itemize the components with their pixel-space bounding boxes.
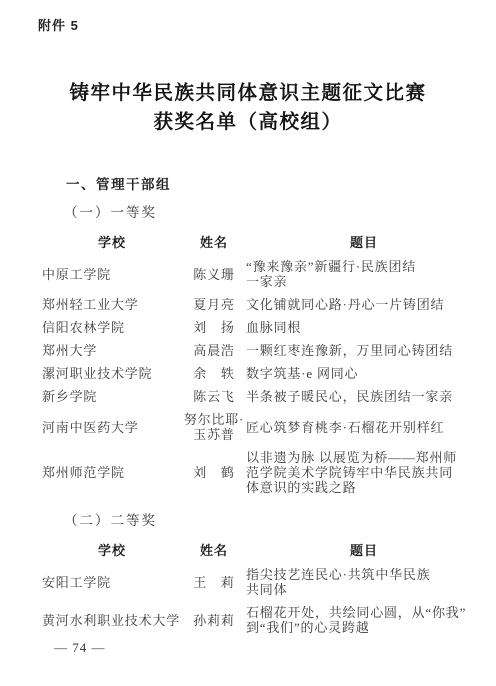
table-header-row: 学校 姓名 题目	[42, 229, 482, 255]
table-row: 信阳农林学院 刘 扬 血脉同根	[42, 316, 482, 339]
document-page: 附件 5 铸牢中华民族共同体意识主题征文比赛 获奖名单（高校组） 一、管理干部组…	[0, 0, 496, 686]
name-cell: 高晨浩	[182, 339, 246, 362]
page-title-line1: 铸牢中华民族共同体意识主题征文比赛	[0, 79, 496, 108]
page-title-line2: 获奖名单（高校组）	[0, 108, 496, 137]
school-cell: 郑州大学	[42, 339, 182, 362]
subsection-heading-first-prize: （一）一等奖	[64, 204, 496, 222]
title-cell: 匠心筑梦育桃李·石榴花开别样红	[246, 408, 482, 446]
school-cell: 新乡学院	[42, 385, 182, 408]
title-cell: 血脉同根	[246, 316, 482, 339]
document-content: 一、管理干部组 （一）一等奖 学校 姓名 题目 中原工学院 陈义珊 “豫来豫亲”…	[0, 176, 496, 639]
table-row: 郑州师范学院 刘 鹤 以非遗为脉 以展览为桥——郑州师 范学院美术学院铸牢中华民…	[42, 446, 482, 499]
column-header-school: 学校	[42, 229, 182, 255]
school-cell: 黄河水利职业技术大学	[42, 601, 182, 639]
name-cell: 努尔比耶· 玉苏普	[182, 408, 246, 446]
table-row: 黄河水利职业技术大学 孙莉莉 石榴花开处，共绘同心圆，从“你我” 到“我们”的心…	[42, 601, 482, 639]
name-cell: 刘 扬	[182, 316, 246, 339]
table-row: 漯河职业技术学院 余 轶 数字筑基·e 网同心	[42, 362, 482, 385]
name-cell: 余 轶	[182, 362, 246, 385]
attachment-label: 附件 5	[38, 15, 79, 34]
title-cell: “豫来豫亲”新疆行·民族团结 一家亲	[246, 255, 482, 293]
school-cell: 漯河职业技术学院	[42, 362, 182, 385]
school-cell: 郑州师范学院	[42, 446, 182, 499]
name-cell: 陈云飞	[182, 385, 246, 408]
second-prize-table: 学校 姓名 题目 安阳工学院 王 莉 指尖技艺连民心·共筑中华民族 共同体 黄河…	[42, 537, 482, 639]
name-cell: 王 莉	[182, 563, 246, 601]
title-cell: 一颗红枣连豫新，万里同心铸团结	[246, 339, 482, 362]
table-row: 中原工学院 陈义珊 “豫来豫亲”新疆行·民族团结 一家亲	[42, 255, 482, 293]
subsection-heading-second-prize: （二）二等奖	[64, 512, 496, 530]
school-cell: 安阳工学院	[42, 563, 182, 601]
name-cell: 陈义珊	[182, 255, 246, 293]
name-cell: 刘 鹤	[182, 446, 246, 499]
school-cell: 中原工学院	[42, 255, 182, 293]
name-cell: 夏月亮	[182, 293, 246, 316]
title-cell: 数字筑基·e 网同心	[246, 362, 482, 385]
column-header-title: 题目	[246, 229, 482, 255]
title-cell: 半条被子暖民心，民族团结一家亲	[246, 385, 482, 408]
table-row: 河南中医药大学 努尔比耶· 玉苏普 匠心筑梦育桃李·石榴花开别样红	[42, 408, 482, 446]
first-prize-table: 学校 姓名 题目 中原工学院 陈义珊 “豫来豫亲”新疆行·民族团结 一家亲 郑州…	[42, 229, 482, 499]
table-header-row: 学校 姓名 题目	[42, 537, 482, 563]
name-cell: 孙莉莉	[182, 601, 246, 639]
school-cell: 郑州轻工业大学	[42, 293, 182, 316]
title-cell: 文化铺就同心路·丹心一片铸团结	[246, 293, 482, 316]
page-title: 铸牢中华民族共同体意识主题征文比赛 获奖名单（高校组）	[0, 79, 496, 137]
school-cell: 信阳农林学院	[42, 316, 182, 339]
title-cell: 以非遗为脉 以展览为桥——郑州师 范学院美术学院铸牢中华民族共同 体意识的实践之…	[246, 446, 482, 499]
column-header-name: 姓名	[182, 537, 246, 563]
table-row: 郑州轻工业大学 夏月亮 文化铺就同心路·丹心一片铸团结	[42, 293, 482, 316]
table-row: 安阳工学院 王 莉 指尖技艺连民心·共筑中华民族 共同体	[42, 563, 482, 601]
column-header-school: 学校	[42, 537, 182, 563]
title-cell: 指尖技艺连民心·共筑中华民族 共同体	[246, 563, 482, 601]
column-header-title: 题目	[246, 537, 482, 563]
page-number: — 74 —	[54, 640, 106, 656]
column-header-name: 姓名	[182, 229, 246, 255]
table-row: 郑州大学 高晨浩 一颗红枣连豫新，万里同心铸团结	[42, 339, 482, 362]
table-row: 新乡学院 陈云飞 半条被子暖民心，民族团结一家亲	[42, 385, 482, 408]
school-cell: 河南中医药大学	[42, 408, 182, 446]
title-cell: 石榴花开处，共绘同心圆，从“你我” 到“我们”的心灵跨越	[246, 601, 482, 639]
section-heading: 一、管理干部组	[66, 176, 496, 194]
